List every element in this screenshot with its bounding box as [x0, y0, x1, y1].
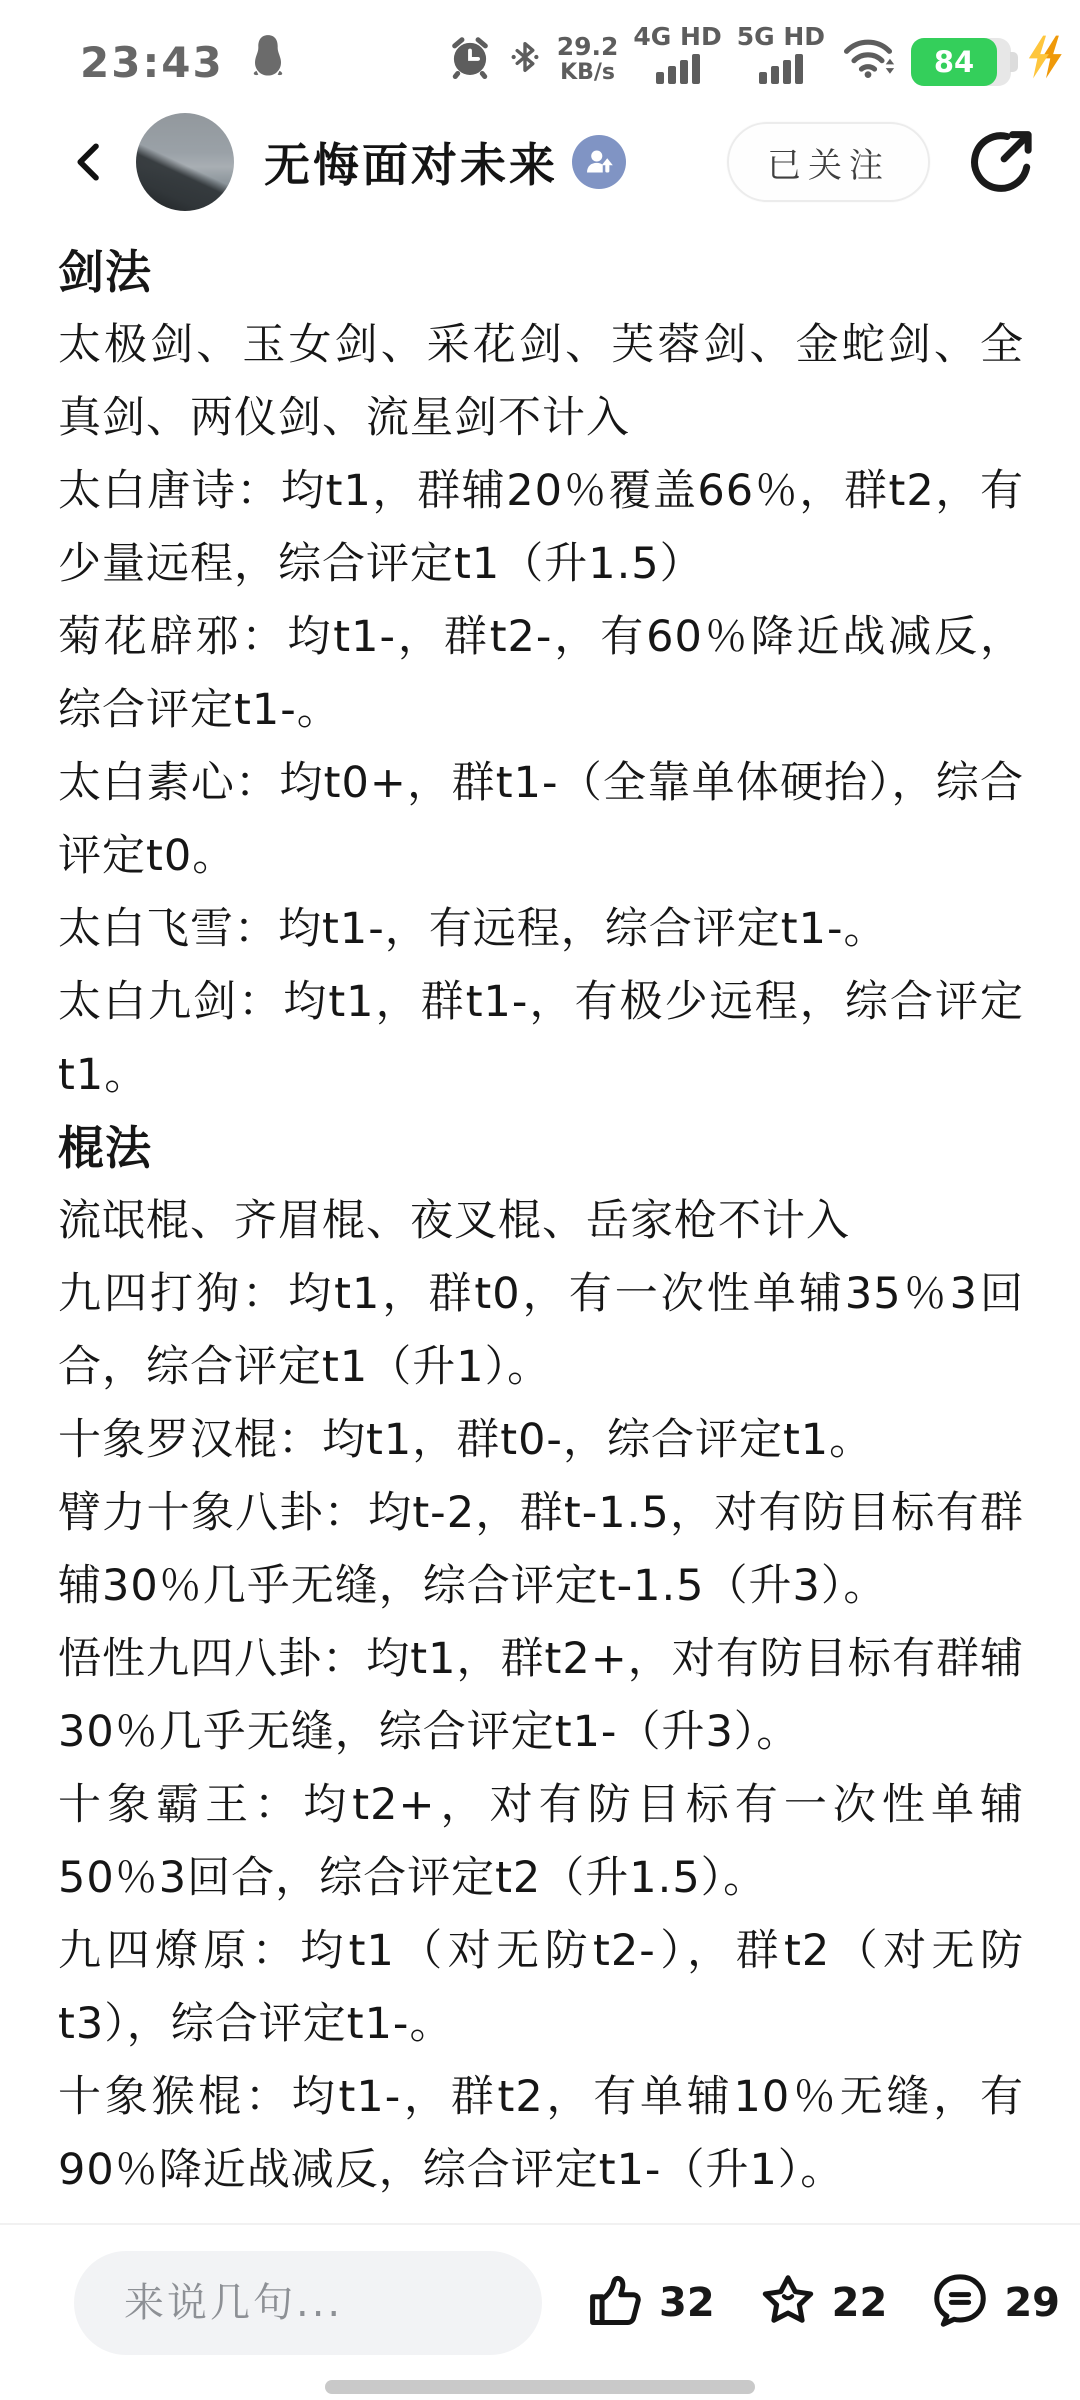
paragraph: 太白素心：均t0+，群t1-（全靠单体硬抬），综合评定t0。: [58, 747, 1024, 893]
battery-percent: 84: [934, 45, 974, 79]
sim2-signal-bars-icon: [759, 54, 803, 84]
paragraph: 九四打狗：均t1，群t0，有一次性单辅35％3回合，综合评定t1（升1）。: [58, 1258, 1024, 1404]
paragraph: 太极剑、玉女剑、采花剑、芙蓉剑、金蛇剑、全真剑、两仪剑、流星剑不计入: [58, 309, 1024, 455]
like-button[interactable]: 32: [584, 2270, 715, 2336]
bluetooth-icon: [508, 34, 542, 84]
paragraph: 太白唐诗：均t1，群辅20％覆盖66％，群t2，有少量远程，综合评定t1（升1.…: [58, 455, 1024, 601]
gesture-navigation-bar[interactable]: [325, 2380, 755, 2394]
paragraph: 悟性九四八卦：均t1，群t2+，对有防目标有群辅30％几乎无缝，综合评定t1-（…: [58, 1623, 1024, 1769]
network-speed-unit: KB/s: [560, 62, 615, 84]
section-heading: 棍法: [58, 1112, 1024, 1185]
back-button[interactable]: [68, 131, 110, 193]
thumbs-up-icon: [584, 2270, 646, 2336]
sim2-signal: 5G HD: [737, 24, 825, 84]
paragraph: 十象猴棍：均t1-，群t2，有单辅10％无缝，有90％降近战减反，综合评定t1-…: [58, 2061, 1024, 2207]
alarm-clock-icon: [447, 34, 493, 84]
comment-input[interactable]: [74, 2251, 542, 2355]
paragraph: 臂力十象八卦：均t-2，群t-1.5，对有防目标有群辅30％几乎无缝，综合评定t…: [58, 1477, 1024, 1623]
comment-bubble-icon: [929, 2270, 991, 2336]
star-icon: [757, 2270, 819, 2336]
like-count: 32: [659, 2280, 715, 2326]
network-speed: 29.2 KB/s: [557, 34, 619, 84]
paragraph: 菊花辟邪：均t1-，群t2-，有60％降近战减反，综合评定t1-。: [58, 601, 1024, 747]
status-bar: 23:43 29.2 KB/s 4G HD 5G HD: [0, 0, 1080, 92]
username[interactable]: 无悔面对未来: [264, 129, 558, 195]
post-body: 剑法 太极剑、玉女剑、采花剑、芙蓉剑、金蛇剑、全真剑、两仪剑、流星剑不计入 太白…: [58, 236, 1024, 2223]
charging-bolt-icon: [1026, 34, 1066, 84]
sim1-signal-bars-icon: [656, 54, 700, 84]
avatar[interactable]: [136, 113, 234, 211]
paragraph: 十象霸王：均t2+，对有防目标有一次性单辅50％3回合，综合评定t2（升1.5）…: [58, 1769, 1024, 1915]
wifi-icon: [840, 32, 896, 84]
battery-icon: 84: [911, 38, 1011, 86]
app-screen: 23:43 29.2 KB/s 4G HD 5G HD: [0, 0, 1080, 2400]
comments-count: 29: [1004, 2280, 1060, 2326]
network-speed-value: 29.2: [557, 34, 619, 59]
paragraph: 九四燎原：均t1（对无防t2-），群t2（对无防t3），综合评定t1-。: [58, 1915, 1024, 2061]
favorite-count: 22: [832, 2280, 888, 2326]
paragraph: 太白九剑：均t1，群t1-，有极少远程，综合评定t1。: [58, 966, 1024, 1112]
comment-action-bar: 32 22 29: [0, 2223, 1080, 2400]
paragraph: 太白飞雪：均t1-，有远程，综合评定t1-。: [58, 893, 1024, 966]
section-heading: 剑法: [58, 236, 1024, 309]
share-button[interactable]: [964, 125, 1038, 199]
sim1-signal: 4G HD: [633, 24, 721, 84]
paragraph: 流氓棍、齐眉棍、夜叉棍、岳家枪不计入: [58, 1185, 1024, 1258]
favorite-button[interactable]: 22: [757, 2270, 888, 2336]
paragraph: 十象罗汉棍：均t1，群t0-，综合评定t1。: [58, 1404, 1024, 1477]
follow-button[interactable]: 已关注: [727, 122, 930, 202]
clock-time: 23:43: [80, 42, 224, 84]
comments-button[interactable]: 29: [929, 2270, 1060, 2336]
post-header: 无悔面对未来 已关注: [0, 92, 1080, 232]
qq-penguin-icon: [248, 32, 288, 84]
sim1-network-type: 4G HD: [633, 24, 721, 49]
member-upgrade-badge-icon: [572, 135, 626, 189]
sim2-network-type: 5G HD: [737, 24, 825, 49]
